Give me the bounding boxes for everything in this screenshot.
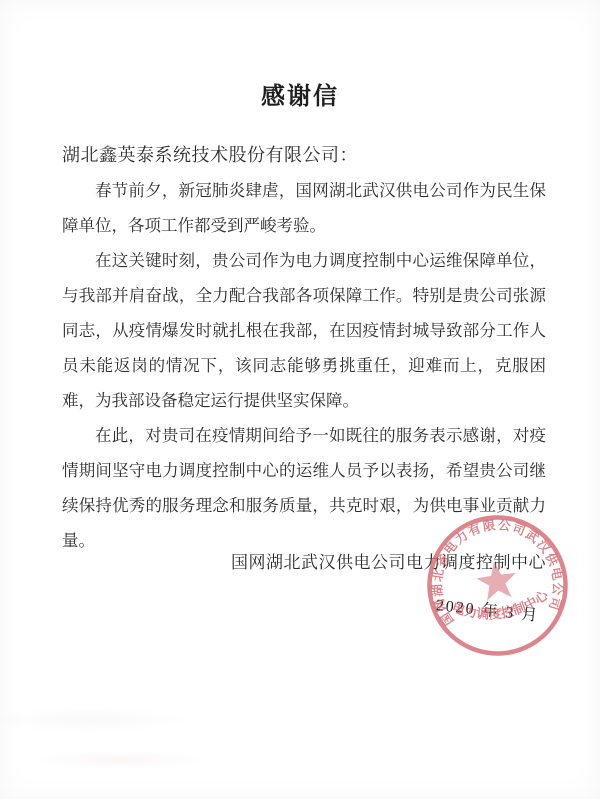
signature-line: 国网湖北武汉供电公司电力调度控制中心	[62, 548, 546, 573]
paragraph-1: 春节前夕，新冠肺炎肆虐，国网湖北武汉供电公司作为民生保障单位，各项工作都受到严峻…	[62, 173, 546, 243]
letter-page: 感谢信 湖北鑫英泰系统技术股份有限公司： 春节前夕，新冠肺炎肆虐，国网湖北武汉供…	[0, 0, 600, 799]
paragraph-2: 在这关键时刻，贵公司作为电力调度控制中心运维保障单位，与我部并肩奋战，全力配合我…	[62, 243, 546, 418]
date-line: 2020 年 3 月	[435, 592, 541, 626]
paragraph-3: 在此，对贵司在疫情期间给予一如既往的服务表示感谢，对疫情期间坚守电力调度控制中心…	[62, 418, 546, 558]
salutation: 湖北鑫英泰系统技术股份有限公司：	[62, 138, 546, 173]
letter-title: 感谢信	[0, 76, 600, 111]
letter-body: 湖北鑫英泰系统技术股份有限公司： 春节前夕，新冠肺炎肆虐，国网湖北武汉供电公司作…	[62, 138, 546, 558]
